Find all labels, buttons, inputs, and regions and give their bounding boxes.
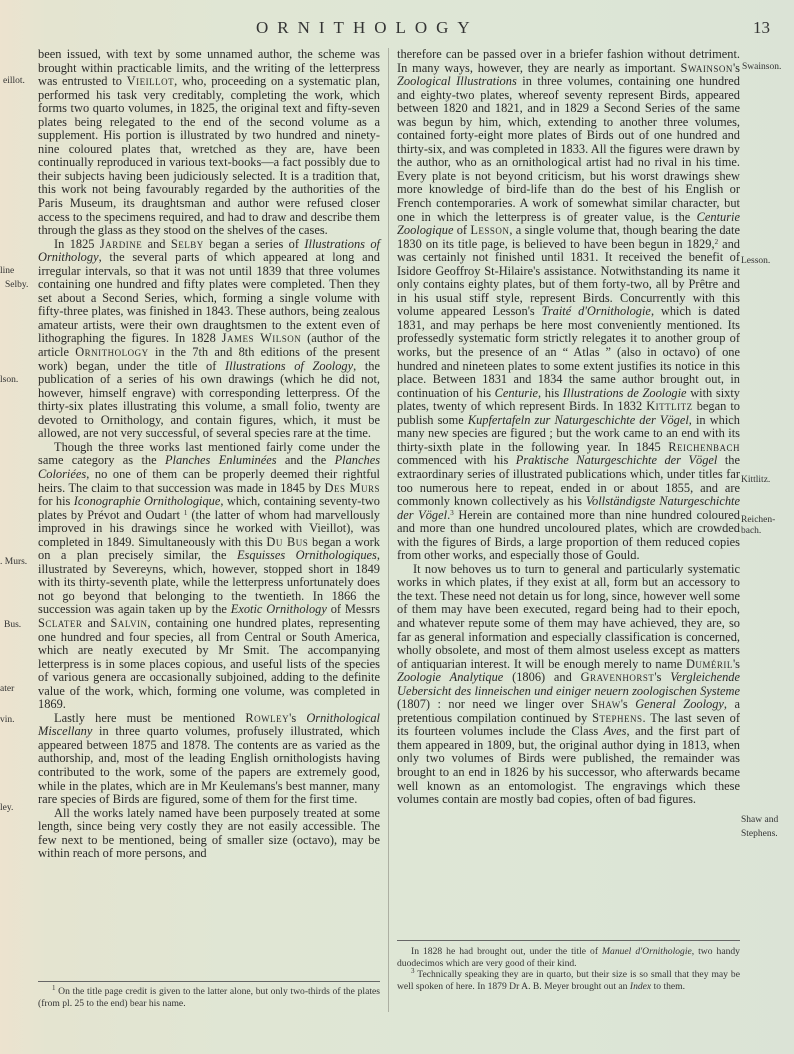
name-vieillot: Vieillot [127,74,174,88]
paragraph-swainson-lesson: therefore can be passed over in a briefe… [397,48,740,563]
footnote-2-continued: In 1828 he had brought out, under the ti… [397,946,740,969]
title-illustrations-zoology: Illustrations of Zoology [225,359,353,373]
name-du-bus: Du Bus [266,535,308,549]
paragraph-systematic-works: It now behoves us to turn to general and… [397,563,740,807]
footnote-3: 3 Technically speaking they are in quart… [397,969,740,992]
name-sclater: Sclater [38,616,82,630]
footnote-rule-left [38,981,380,982]
name-lesson: Lesson [470,223,509,237]
footnote-right: In 1828 he had brought out, under the ti… [397,946,740,992]
margin-note-salvin: vin. [0,715,15,726]
margin-note-selby: Selby. [5,280,28,291]
margin-note-du-bus: Bus. [4,620,21,631]
margin-note-reichenbach-2: bach. [741,526,761,537]
margin-note-jardine: line [0,266,14,277]
name-salvin: Salvin [110,616,147,630]
margin-note-vieillot: eillot. [3,76,25,87]
paragraph-vieillot: been issued, with text by some unnamed a… [38,48,380,238]
name-stephens: Stephens [592,711,642,725]
name-swainson: Swainson [681,61,733,75]
name-gravenhorst: Gravenhorst [581,670,655,684]
right-column: therefore can be passed over in a briefe… [397,48,740,807]
name-wilson: James Wilson [222,331,302,345]
paragraph-rowley: Lastly here must be mentioned Rowley's O… [38,712,380,807]
margin-note-kittlitz: Kittlitz. [741,475,770,486]
margin-note-wilson: lson. [0,375,18,386]
name-selby: Selby [171,237,204,251]
margin-note-rowley: ley. [0,803,13,814]
margin-note-des-murs: . Murs. [0,557,27,568]
name-reichenbach: Reichenbach [668,440,740,454]
footnote-left: 1 On the title page credit is given to t… [38,986,380,1009]
name-kittlitz: Kittlitz [646,399,692,413]
left-column: been issued, with text by some unnamed a… [38,48,380,861]
page-number: 13 [753,18,770,38]
margin-note-swainson: Swainson. [742,62,781,73]
name-dumeril: Duméril [686,657,733,671]
article-ornithology: Ornithology [75,345,148,359]
margin-note-reichenbach: Reichen- [741,515,775,526]
margin-note-sclater: ater [0,684,14,695]
name-jardine: Jardine [100,237,142,251]
margin-note-shaw: Shaw and [741,815,778,826]
margin-note-stephens: Stephens. [741,829,778,840]
running-title: ORNITHOLOGY [256,18,479,38]
margin-note-lesson: Lesson. [741,256,770,267]
name-shaw: Shaw [591,697,621,711]
paragraph-jardine-selby: In 1825 Jardine and Selby began a series… [38,238,380,441]
page-header: ORNITHOLOGY 13 [0,18,794,42]
footnote-rule-right [397,940,740,941]
column-divider [388,48,389,1012]
paragraph-des-murs: Though the three works last mentioned fa… [38,441,380,712]
paragraph-works-named: All the works lately named have been pur… [38,807,380,861]
name-des-murs: Des Murs [325,481,381,495]
name-rowley: Rowley [245,711,289,725]
